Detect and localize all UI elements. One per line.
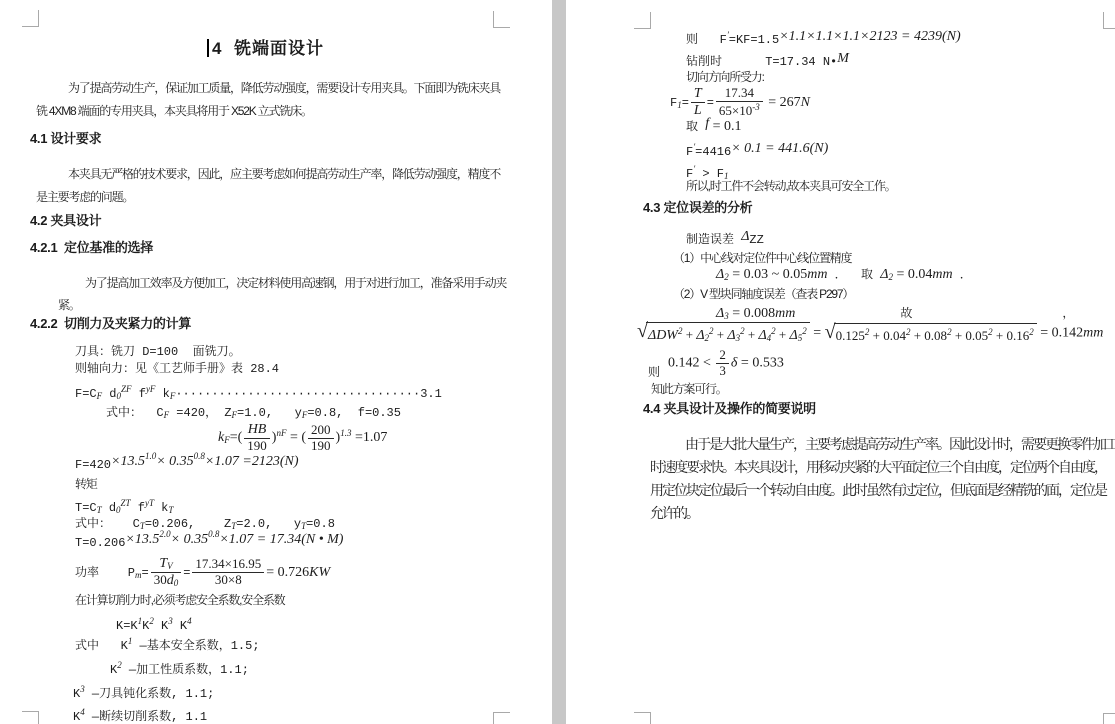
fraction-numerator: 17.34 xyxy=(716,86,763,102)
fraction-denominator: 190 xyxy=(308,439,334,454)
formula-line: 取 f = 0.1 xyxy=(686,118,742,136)
section-heading-4-1: 4.1 设计要求 xyxy=(30,131,101,147)
formula-line: F=CF d0ZF fyF kF························… xyxy=(75,384,442,402)
fraction-denominator: 65×10-3 xyxy=(716,102,763,119)
formula-line: T=0.206×13.52.0× 0.350.8×1.07 = 17.34(N … xyxy=(75,534,343,552)
fraction-numerator: 2 xyxy=(716,348,729,364)
fraction-denominator: 30×8 xyxy=(192,573,264,588)
formula-line: 则 F′=KF=1.5×1.1×1.1×1.1×2123 = 4239(N) xyxy=(686,30,961,49)
section-heading-4-4: 4.4 夹具设计及操作的简要说明 xyxy=(643,401,816,417)
formula-line: 0.142 < 23δ = 0.533 xyxy=(668,348,784,379)
formula-line: K4 —断续切削系数, 1.1 xyxy=(73,707,207,724)
formula-line: kF=(HB190)nF = (200190)1.3 =1.07 xyxy=(218,422,387,454)
crop-mark xyxy=(634,12,651,29)
paragraph-line: 用定位块定位最后一个转动自由度。此时虽然有过定位，但底面是经精铣的面，定位是 xyxy=(650,482,1106,500)
crop-mark xyxy=(634,712,651,724)
fraction-denominator: 30d0 xyxy=(151,573,182,589)
paragraph-line: 本夹具无严格的技术要求，因此，应主要考虑如何提高劳动生产率，降低劳动强度，精度不 xyxy=(68,167,500,182)
right-page: 则 F′=KF=1.5×1.1×1.1×1.1×2123 = 4239(N)钻削… xyxy=(566,0,1115,724)
crop-mark xyxy=(1103,713,1115,724)
paragraph-line: 所以,时工件不会转动,故本夹具可安全工作。 xyxy=(686,179,895,194)
radicand: 0.1252 + 0.042 + 0.082 + 0.052 + 0.162 xyxy=(834,323,1037,344)
fraction: 17.34×16.9530×8 xyxy=(192,557,264,588)
formula-line: 则轴向力：见《工艺师手册》表 28.4 xyxy=(75,362,279,377)
spacer xyxy=(795,316,900,317)
formula-line: Δ3 = 0.008mm故， xyxy=(716,305,1074,323)
section-heading-4-2: 4.2 夹具设计 xyxy=(30,213,101,229)
fraction: 17.3465×10-3 xyxy=(716,86,763,119)
paragraph-line: 知此方案可行。 xyxy=(651,382,727,397)
paragraph-line: （1）中心线对定位件中心线位置精度 xyxy=(673,251,851,266)
formula-line: 功率 Pm=TV30d0=17.34×16.9530×8= 0.726KW xyxy=(75,556,330,589)
formula-line: F=420×13.51.0× 0.350.8×1.07 =2123(N) xyxy=(75,456,298,474)
radicand: ΔDW2 + Δ22 + Δ32 + Δ42 + Δ52 xyxy=(646,322,810,345)
formula-line: 刀具：铣刀 D=100 面铣刀。 xyxy=(75,345,241,360)
fraction-numerator: 17.34×16.95 xyxy=(192,557,264,573)
formula-line: 制造误差 ΔZZ xyxy=(686,231,764,249)
fraction: TL xyxy=(691,86,705,119)
text-cursor xyxy=(207,39,209,57)
formula-line: F1=TL=17.3465×10-3 = 267N xyxy=(670,86,810,119)
paragraph-line: 紧。 xyxy=(58,298,80,313)
fraction-numerator: HB xyxy=(244,422,270,439)
crop-mark xyxy=(22,711,39,724)
paragraph-line: 铣 4XM8 端面的专用夹具，本夹具将用于 X52K 立式铣床。 xyxy=(36,104,312,119)
formula-line: 式中 K1 —基本安全系数，1.5; xyxy=(75,636,260,654)
paragraph-line: 则 xyxy=(648,365,659,380)
formula-line: K2 —加工性质系数，1.1; xyxy=(110,660,249,678)
paragraph-line: （2）V 型块同轴度误差（查表 P297） xyxy=(673,287,853,302)
crop-mark xyxy=(22,10,39,27)
crop-mark xyxy=(1103,12,1115,29)
fraction: 23 xyxy=(716,348,729,379)
formula-line: √ΔDW2 + Δ22 + Δ32 + Δ42 + Δ52 = √0.1252 … xyxy=(637,322,1103,345)
section-heading-4-2-2: 4.2.2 切削力及夹紧力的计算 xyxy=(30,316,191,332)
paragraph-line: 时速度要求快。本夹具设计，用移动夹紧的大平面定位三个自由度，定位两个自由度， xyxy=(650,459,1106,477)
paragraph-line: 为了提高加工效率及方便加工，决定材料使用高速钢，用于对进行加工，准备采用手动夹 xyxy=(85,276,506,291)
paragraph-line: 切向方向所受力: xyxy=(686,70,764,85)
paragraph-line: 转矩 xyxy=(75,477,97,492)
formula-line: Δ2 = 0.03 ~ 0.05mm ． 取 Δ2 = 0.04mm ． xyxy=(716,266,972,284)
fraction-numerator: TV xyxy=(151,556,182,573)
paragraph-line: 是主要考虑的问题。 xyxy=(36,190,133,205)
paragraph-line: 允许的。 xyxy=(650,505,698,523)
formula-line: K3 —刀具钝化系数, 1.1; xyxy=(73,684,214,702)
fraction-numerator: T xyxy=(691,86,705,103)
formula-line: 钻削时 T=17.34 N•M xyxy=(686,53,849,71)
fraction-denominator: L xyxy=(691,103,705,119)
fraction-numerator: 200 xyxy=(308,423,334,439)
section-heading-4-2-1: 4.2.1 定位基准的选择 xyxy=(30,240,153,256)
square-root: √0.1252 + 0.042 + 0.082 + 0.052 + 0.162 xyxy=(825,323,1037,344)
left-page: 4 铣端面设计为了提高劳动生产，保证加工质量，降低劳动强度，需要设计专用夹具。下… xyxy=(0,0,552,724)
crop-mark xyxy=(493,712,510,724)
formula-line: 式中： CT=0.206, ZT=2.0, yT=0.8 xyxy=(75,517,335,532)
fraction-denominator: 3 xyxy=(716,364,729,379)
fraction: TV30d0 xyxy=(151,556,182,589)
paragraph-line: 由于是大批大量生产，主要考虑提高劳动生产率。因此设计时，需要更换零件加工 xyxy=(685,436,1115,454)
paragraph-line: 为了提高劳动生产，保证加工质量，降低劳动强度，需要设计专用夹具。下面即为铣床夹具 xyxy=(68,81,500,96)
formula-line: T=CT d0ZT fyT kT xyxy=(75,498,173,516)
fraction: 200190 xyxy=(308,423,334,454)
formula-line: K=K1K2 K3 K4 xyxy=(116,616,192,634)
formula-line: 式中： CF =420， ZF=1.0, yF=0.8, f=0.35 xyxy=(106,406,401,421)
fraction: HB190 xyxy=(244,422,270,454)
page-title: 4 铣端面设计 xyxy=(38,38,493,59)
square-root: √ΔDW2 + Δ22 + Δ32 + Δ42 + Δ52 xyxy=(637,322,810,345)
spacer xyxy=(912,316,1062,317)
crop-mark xyxy=(493,11,510,28)
formula-line: F′=4416× 0.1 = 441.6(N) xyxy=(686,142,828,161)
fraction-denominator: 190 xyxy=(244,439,270,454)
document-canvas: 4 铣端面设计为了提高劳动生产，保证加工质量，降低劳动强度，需要设计专用夹具。下… xyxy=(0,0,1115,724)
section-heading-4-3: 4.3 定位误差的分析 xyxy=(643,200,752,216)
paragraph-line: 在计算切削力时,必须考虑安全系数,安全系数 xyxy=(75,593,284,608)
